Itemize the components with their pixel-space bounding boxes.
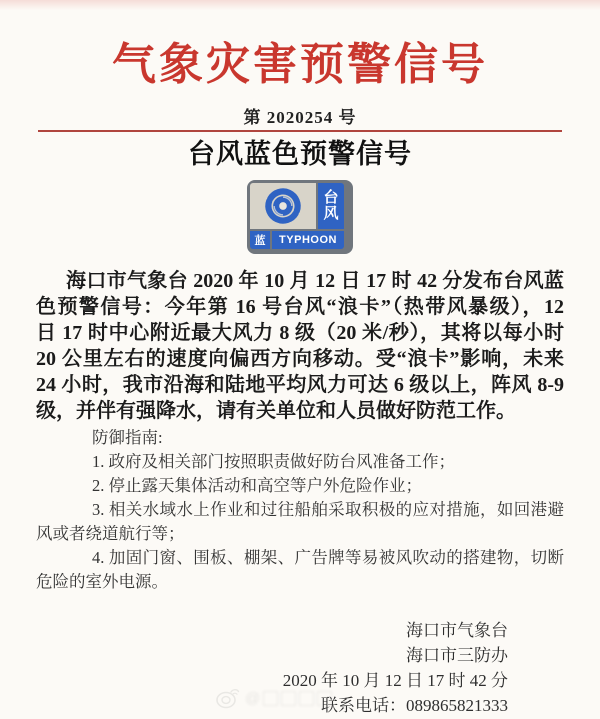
typhoon-icon-bottom-row: 蓝 TYPHOON xyxy=(250,231,344,249)
page-title: 气象灾害预警信号 xyxy=(0,38,600,91)
body-line: 20 公里左右的速度向偏西方向移动。受“浪卡”影响，未来 xyxy=(36,346,564,372)
body-line: 24 小时，我市沿海和陆地平均风力可达 6 级以上，阵风 8-9 xyxy=(36,372,564,398)
typhoon-cyclone-icon xyxy=(259,184,307,228)
body-line: 级，并伴有强降水，请有关单位和人员做好防范工作。 xyxy=(36,398,564,424)
typhoon-symbol-panel xyxy=(250,183,316,229)
red-divider xyxy=(38,130,562,132)
guidance-item: 2. 停止露天集体活动和高空等户外危险作业； xyxy=(36,474,564,498)
body-line: 日 17 时中心附近最大风力 8 级（20 米/秒），其将以每小时 xyxy=(36,320,564,346)
typhoon-vertical-label: 台 风 xyxy=(318,183,344,229)
issue-datetime: 2020 年 10 月 12 日 17 时 42 分 xyxy=(0,668,508,693)
signature-block: 海口市气象台 海口市三防办 2020 年 10 月 12 日 17 时 42 分… xyxy=(0,618,600,718)
guidance-item: 1. 政府及相关部门按照职责做好防台风准备工作； xyxy=(36,450,564,474)
issuer-line: 海口市三防办 xyxy=(0,643,508,668)
defense-guidance-section: 防御指南: 1. 政府及相关部门按照职责做好防台风准备工作； 2. 停止露天集体… xyxy=(0,426,600,594)
blue-level-badge: 蓝 xyxy=(250,231,270,249)
body-line: 海口市气象台 2020 年 10 月 12 日 17 时 42 分发布台风蓝 xyxy=(36,268,564,294)
warning-body: 海口市气象台 2020 年 10 月 12 日 17 时 42 分发布台风蓝 色… xyxy=(0,268,600,424)
warning-subtitle: 台风蓝色预警信号 xyxy=(0,138,600,170)
body-line: 色预警信号：今年第 16 号台风“浪卡”（热带风暴级），12 xyxy=(36,294,564,320)
typhoon-blue-warning-icon: 台 风 蓝 TYPHOON xyxy=(247,180,353,254)
guidance-heading: 防御指南: xyxy=(36,426,564,450)
typhoon-char-bottom: 风 xyxy=(323,206,338,222)
issuer-line: 海口市气象台 xyxy=(0,618,508,643)
weather-warning-document: 气象灾害预警信号 第 2020254 号 台风蓝色预警信号 台 风 蓝 TYPH… xyxy=(0,0,600,719)
typhoon-char-top: 台 xyxy=(323,190,338,206)
contact-phone: 联系电话：089865821333 xyxy=(0,693,508,718)
typhoon-english-label: TYPHOON xyxy=(272,231,344,249)
guidance-item: 3. 相关水域水上作业和过往船舶采取积极的应对措施，如回港避风或者绕道航行等； xyxy=(36,498,564,546)
doc-number: 第 2020254 号 xyxy=(0,107,600,129)
guidance-item: 4. 加固门窗、围板、棚架、广告牌等易被风吹动的搭建物，切断危险的室外电源。 xyxy=(36,546,564,594)
